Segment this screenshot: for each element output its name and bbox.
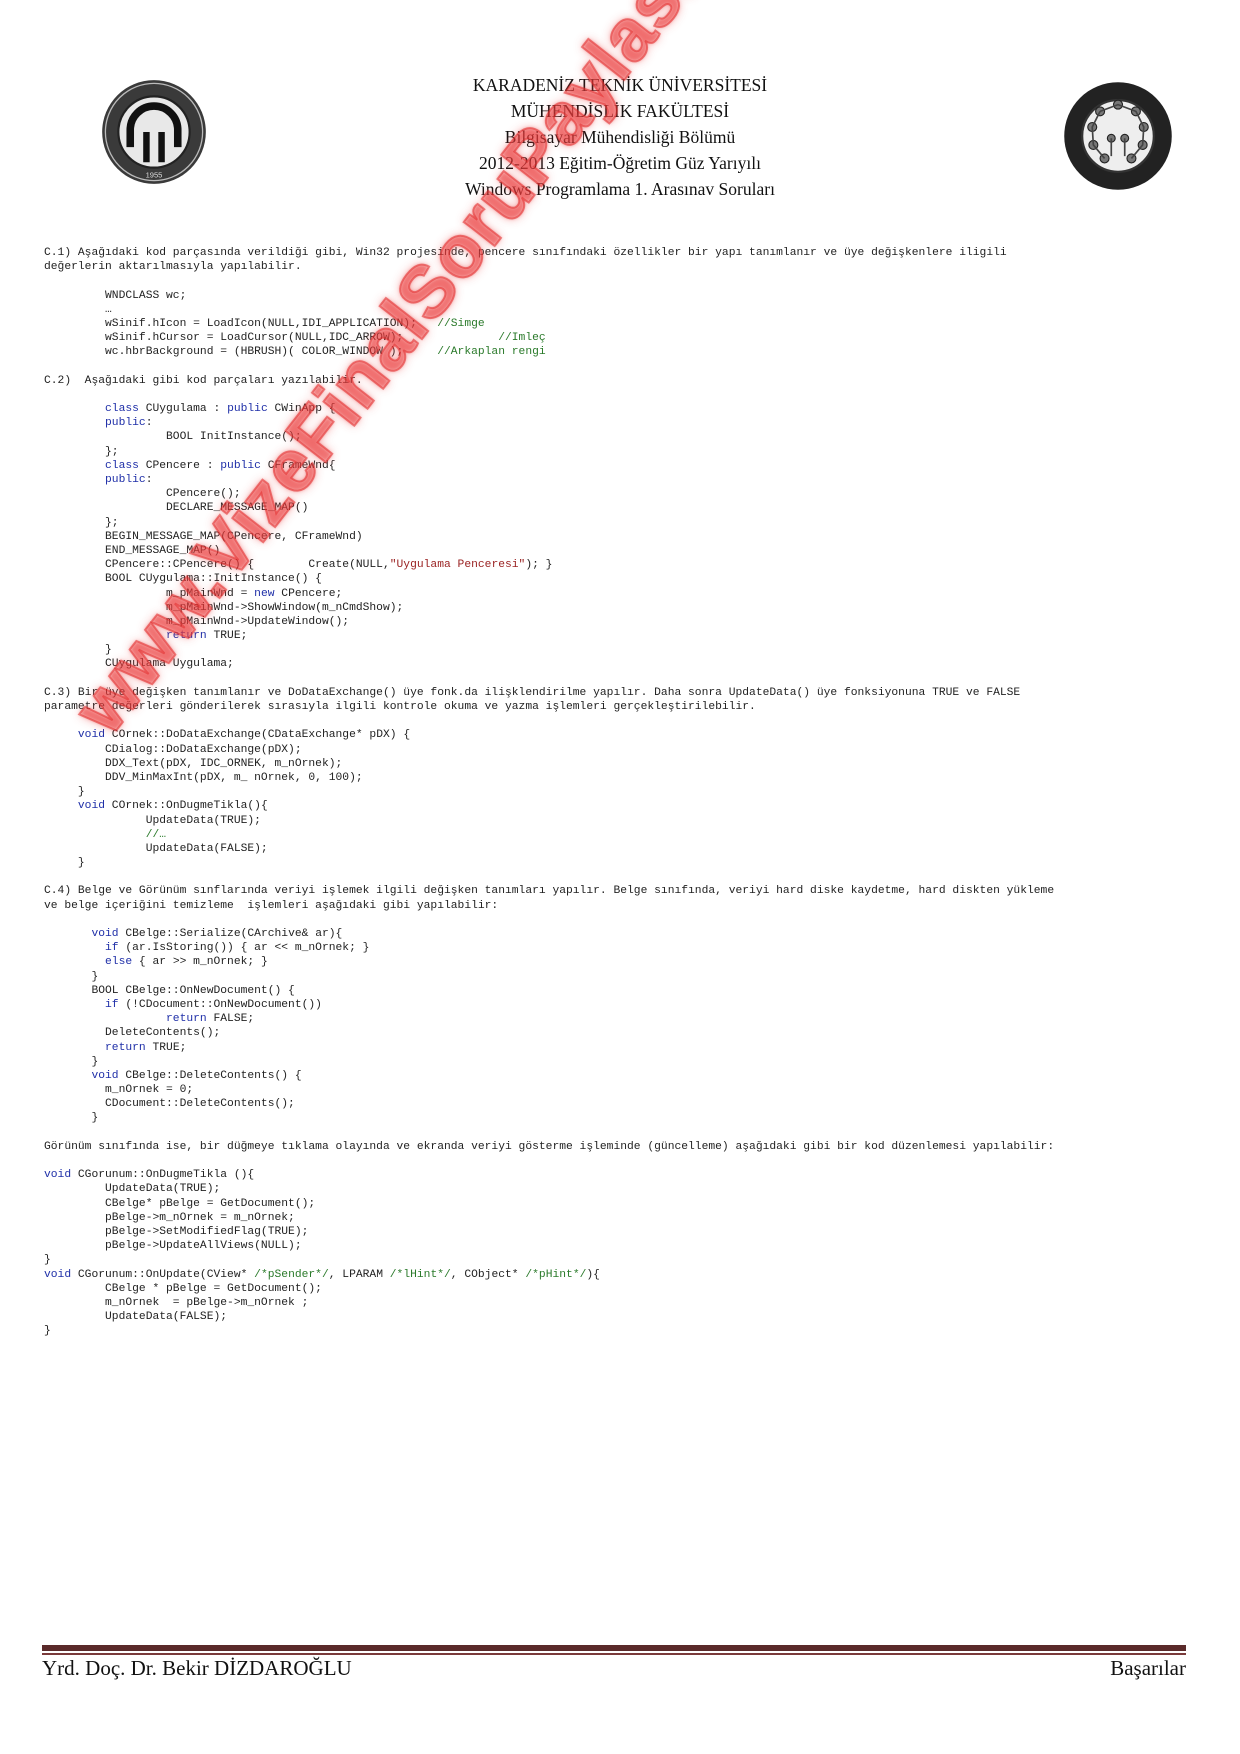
content-line: CUygulama Uygulama; [44,657,1204,671]
content-line: } [44,970,1204,984]
content-line: }; [44,445,1204,459]
content-line [44,274,1204,288]
content-line: UpdateData(FALSE); [44,842,1204,856]
content-line: public: [44,473,1204,487]
author-name: Yrd. Doç. Dr. Bekir DİZDAROĞLU [42,1656,352,1686]
content-line: pBelge->UpdateAllViews(NULL); [44,1239,1204,1253]
content-line: void CBelge::DeleteContents() { [44,1069,1204,1083]
content-line: BOOL CUygulama::InitInstance() { [44,572,1204,586]
content-line: m_pMainWnd = new CPencere; [44,587,1204,601]
content-line: DDX_Text(pDX, IDC_ORNEK, m_nOrnek); [44,757,1204,771]
content-line: } [44,1111,1204,1125]
content-line: Görünüm sınıfında ise, bir düğmeye tıkla… [44,1140,1204,1154]
content-line: değerlerin aktarılmasıyla yapılabilir. [44,260,1204,274]
content-line: } [44,643,1204,657]
exam-title: Windows Programlama 1. Arasınav Soruları [0,176,1240,202]
content-line [44,913,1204,927]
content-line: CBelge * pBelge = GetDocument(); [44,1282,1204,1296]
content-line: CPencere::CPencere() { Create(NULL,"Uygu… [44,558,1204,572]
content-line: CDocument::DeleteContents(); [44,1097,1204,1111]
content-line: class CPencere : public CFrameWnd{ [44,459,1204,473]
content-line: void COrnek::DoDataExchange(CDataExchang… [44,728,1204,742]
university-name: KARADENİZ TEKNİK ÜNİVERSİTESİ [0,72,1240,98]
content-line: UpdateData(FALSE); [44,1310,1204,1324]
content-line: pBelge->m_nOrnek = m_nOrnek; [44,1211,1204,1225]
content-line: C.4) Belge ve Görünüm sınflarında veriyi… [44,884,1204,898]
content-line: m_nOrnek = 0; [44,1083,1204,1097]
content-line [44,714,1204,728]
content-line [44,1154,1204,1168]
content-line [44,672,1204,686]
content-line [44,870,1204,884]
content-line [44,360,1204,374]
content-line: UpdateData(TRUE); [44,1182,1204,1196]
content-line: UpdateData(TRUE); [44,814,1204,828]
content-line: C.1) Aşağıdaki kod parçasında verildiği … [44,246,1204,260]
content-line: END_MESSAGE_MAP() [44,544,1204,558]
document-header: KARADENİZ TEKNİK ÜNİVERSİTESİ MÜHENDİSLİ… [0,72,1240,202]
content-line: void COrnek::OnDugmeTikla(){ [44,799,1204,813]
content-line: wSinif.hCursor = LoadCursor(NULL,IDC_ARR… [44,331,1204,345]
content-line: DECLARE_MESSAGE_MAP() [44,501,1204,515]
content-line: DeleteContents(); [44,1026,1204,1040]
content-line: } [44,785,1204,799]
content-line: } [44,1324,1204,1338]
content-line: C.2) Aşağıdaki gibi kod parçaları yazıla… [44,374,1204,388]
content-line: C.3) Bir üye değişken tanımlanır ve DoDa… [44,686,1204,700]
content-line: parametre değerleri gönderilerek sırasıy… [44,700,1204,714]
footer-divider-thin [42,1653,1186,1655]
content-line: ve belge içeriğini temizleme işlemleri a… [44,899,1204,913]
content-line: wc.hbrBackground = (HBRUSH)( COLOR_WINDO… [44,345,1204,359]
content-line: BOOL InitInstance(); [44,430,1204,444]
content-line [44,388,1204,402]
closing-text: Başarılar [1110,1656,1186,1686]
content-line: } [44,856,1204,870]
content-line: CDialog::DoDataExchange(pDX); [44,743,1204,757]
content-line: return TRUE; [44,1041,1204,1055]
content-line: class CUygulama : public CWinApp { [44,402,1204,416]
content-line: m_nOrnek = pBelge->m_nOrnek ; [44,1296,1204,1310]
content-line: m_pMainWnd->ShowWindow(m_nCmdShow); [44,601,1204,615]
content-line: void CBelge::Serialize(CArchive& ar){ [44,927,1204,941]
footer: Yrd. Doç. Dr. Bekir DİZDAROĞLU Başarılar [42,1656,1186,1686]
content-line: CPencere(); [44,487,1204,501]
department-name: Bilgisayar Mühendisliği Bölümü [0,124,1240,150]
content-line: else { ar >> m_nOrnek; } [44,955,1204,969]
academic-term: 2012-2013 Eğitim-Öğretim Güz Yarıyılı [0,150,1240,176]
footer-divider [42,1645,1186,1651]
content-line: pBelge->SetModifiedFlag(TRUE); [44,1225,1204,1239]
content-line: … [44,303,1204,317]
content-line: void CGorunum::OnDugmeTikla (){ [44,1168,1204,1182]
content-line: DDV_MinMaxInt(pDX, m_ nOrnek, 0, 100); [44,771,1204,785]
content-line [44,1126,1204,1140]
content-line: WNDCLASS wc; [44,289,1204,303]
content-line: //… [44,828,1204,842]
content-line: if (ar.IsStoring()) { ar << m_nOrnek; } [44,941,1204,955]
content-line: }; [44,516,1204,530]
content-line: void CGorunum::OnUpdate(CView* /*pSender… [44,1268,1204,1282]
content-line: BEGIN_MESSAGE_MAP(CPencere, CFrameWnd) [44,530,1204,544]
content-line: return FALSE; [44,1012,1204,1026]
answer-content: C.1) Aşağıdaki kod parçasında verildiği … [44,246,1204,1338]
content-line: return TRUE; [44,629,1204,643]
content-line: m_pMainWnd->UpdateWindow(); [44,615,1204,629]
content-line: BOOL CBelge::OnNewDocument() { [44,984,1204,998]
content-line: public: [44,416,1204,430]
content-line: CBelge* pBelge = GetDocument(); [44,1197,1204,1211]
content-line: wSinif.hIcon = LoadIcon(NULL,IDI_APPLICA… [44,317,1204,331]
content-line: } [44,1055,1204,1069]
faculty-name: MÜHENDİSLİK FAKÜLTESİ [0,98,1240,124]
content-line: } [44,1253,1204,1267]
content-line: if (!CDocument::OnNewDocument()) [44,998,1204,1012]
